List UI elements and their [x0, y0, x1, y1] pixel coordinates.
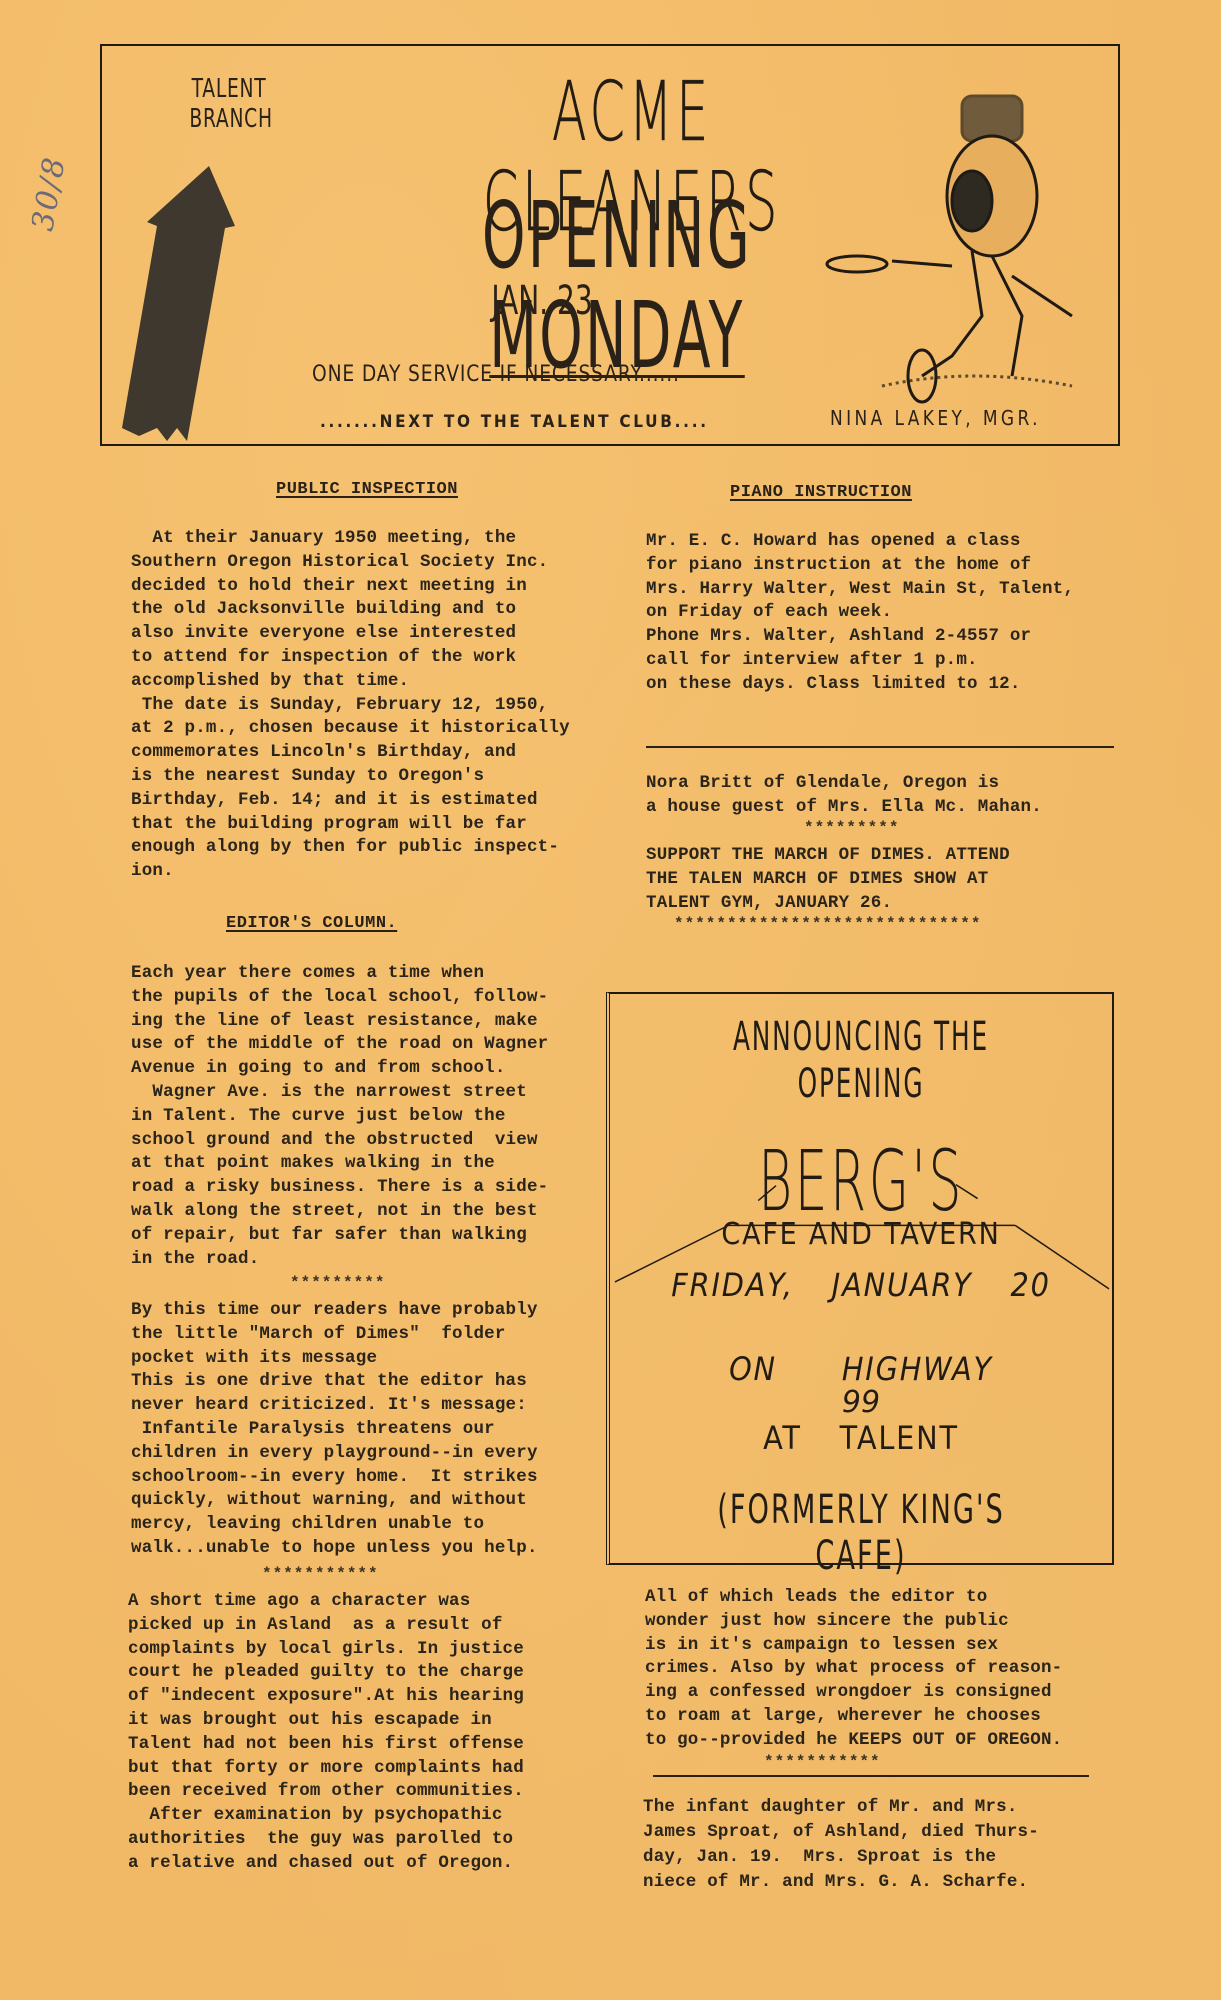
opening-date: JAN. 23 — [486, 278, 598, 324]
divider — [646, 746, 1114, 748]
public-inspection-heading: PUBLIC INSPECTION — [276, 480, 458, 499]
branch-label-line-1: TALENT — [189, 74, 268, 104]
arrow-up-icon — [117, 166, 237, 446]
separator-stars: *********** — [262, 1565, 379, 1583]
bergs-subtitle: CAFE AND TAVERN — [635, 1217, 1087, 1252]
opening-word: OPENING — [482, 182, 752, 289]
running-cleaner-mascot-icon — [822, 86, 1112, 406]
manager-name: NINA LAKEY, MGR. — [830, 406, 1068, 430]
bergs-date: FRIDAY, JANUARY 20 — [635, 1266, 1087, 1304]
separator-stars: ********* — [804, 819, 899, 837]
separator-stars: ***************************** — [674, 915, 981, 933]
house-guest-note: Nora Britt of Glendale, Oregon is a hous… — [646, 772, 1042, 820]
bergs-at-talent: AT TALENT — [635, 1419, 1087, 1457]
separator-stars: ********* — [290, 1274, 385, 1292]
bergs-opening: OPENING — [705, 1061, 1016, 1107]
service-tagline: ONE DAY SERVICE IF NECESSARY...... — [312, 362, 737, 387]
bergs-cafe-ad: ANNOUNCING THE OPENING BERG'S CAFE AND T… — [606, 992, 1114, 1565]
bergs-on-highway: ON HIGHWAY — [635, 1350, 1087, 1388]
separator-stars: *********** — [764, 1753, 881, 1771]
piano-instruction-body: Mr. E. C. Howard has opened a class for … — [646, 530, 1074, 697]
acme-cleaners-ad: TALENT BRANCH ACME CLEANERS OPENING MOND… — [100, 44, 1120, 446]
branch-label-line-2: BRANCH — [189, 104, 268, 134]
piano-instruction-heading: PIANO INSTRUCTION — [730, 483, 912, 502]
location-tagline: .......NEXT TO THE TALENT CLUB.... — [320, 412, 770, 432]
bergs-name: BERG'S — [705, 1132, 1016, 1230]
divider — [653, 1775, 1089, 1777]
march-of-dimes-notice: SUPPORT THE MARCH OF DIMES. ATTEND THE T… — [646, 844, 1010, 915]
obituary-notice: The infant daughter of Mr. and Mrs. Jame… — [643, 1795, 1039, 1895]
editors-column-para-2: By this time our readers have probably t… — [131, 1299, 538, 1561]
public-inspection-body: At their January 1950 meeting, the South… — [131, 527, 570, 884]
editors-column-para-1: Each year there comes a time when the pu… — [131, 962, 548, 1271]
editors-column-para-3: A short time ago a character was picked … — [128, 1590, 524, 1876]
bergs-highway-number: 99 — [610, 1385, 1112, 1420]
talent-branch-label: TALENT BRANCH — [189, 74, 268, 134]
editors-column-continuation: All of which leads the editor to wonder … — [645, 1586, 1062, 1753]
bergs-announcing: ANNOUNCING THE — [705, 1014, 1016, 1060]
opening-headline: OPENING MONDAY — [410, 186, 824, 386]
editors-column-heading: EDITOR'S COLUMN. — [226, 914, 397, 933]
bergs-formerly: (FORMERLY KING'S CAFE) — [690, 1487, 1031, 1579]
